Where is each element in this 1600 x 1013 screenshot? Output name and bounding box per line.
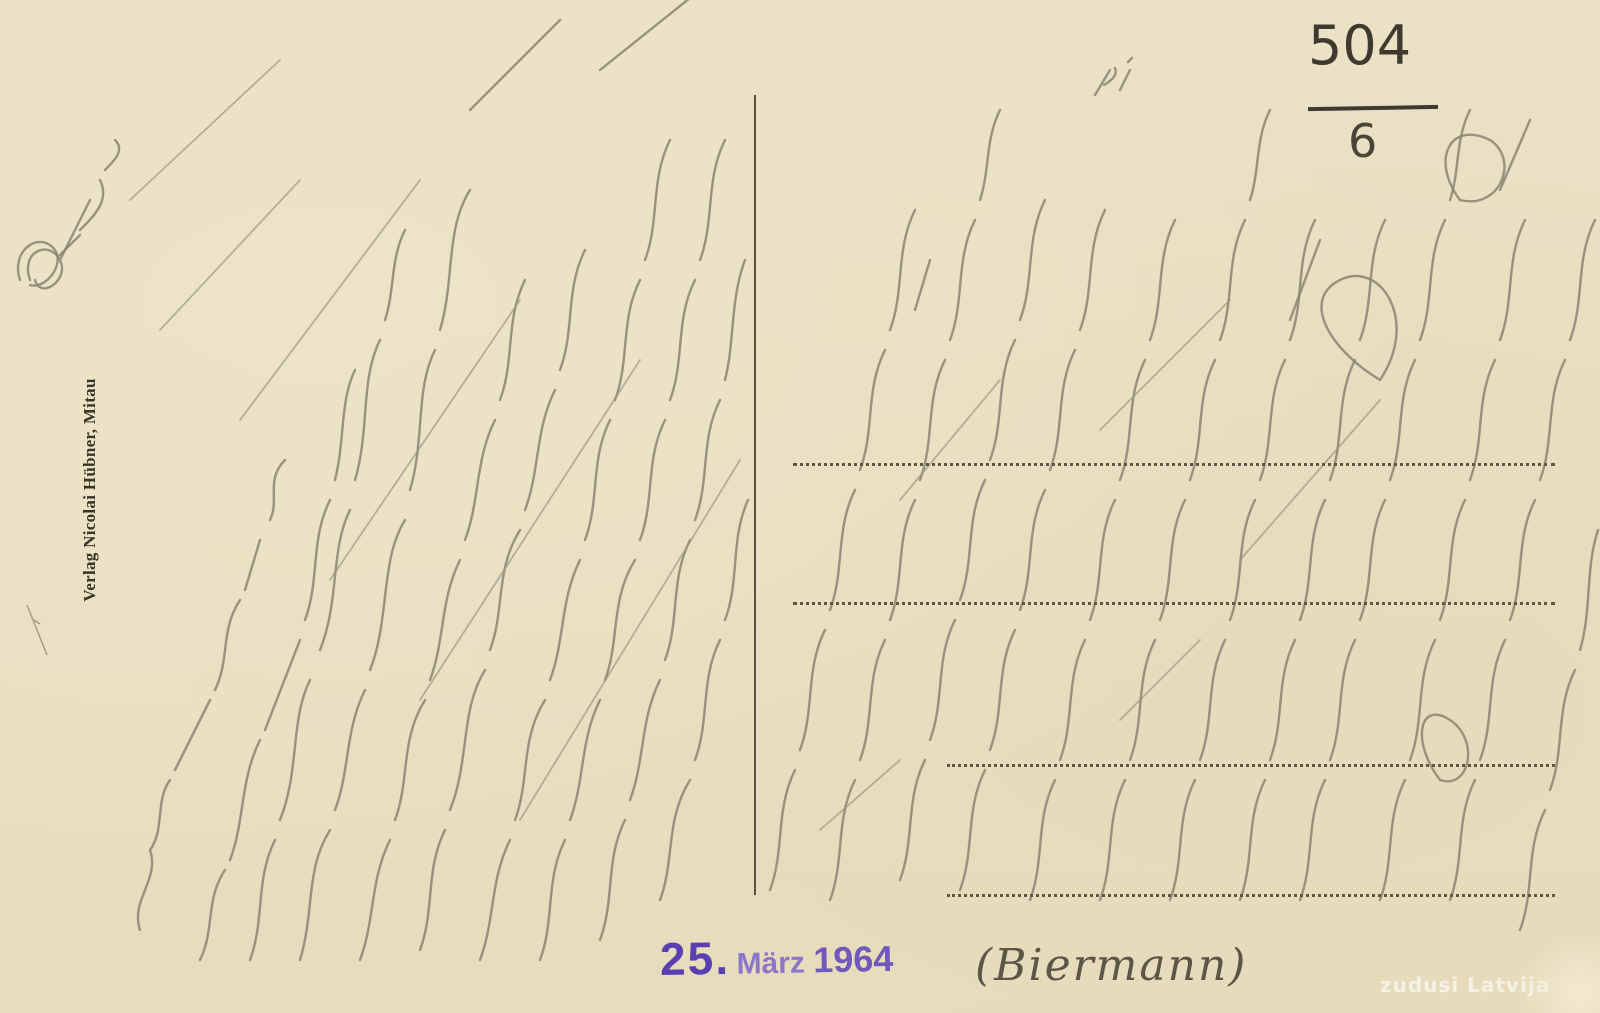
date-stamp: 25. März 1964 — [660, 928, 894, 986]
address-line — [947, 764, 1555, 767]
pencil-annotation-name: (Biermann) — [975, 940, 1247, 991]
catalog-number: 504 6 — [1308, 14, 1438, 174]
fraction-bar — [1308, 105, 1438, 111]
vertical-divider — [754, 95, 756, 895]
catalog-denominator: 6 — [1348, 114, 1377, 168]
watermark: zudusi Latvija — [1380, 973, 1550, 997]
catalog-numerator: 504 — [1308, 14, 1411, 77]
address-area-strokes — [770, 58, 1598, 930]
stamp-year: 1964 — [813, 938, 894, 980]
address-line — [793, 463, 1555, 466]
stamp-day: 25. — [660, 932, 731, 985]
postcard-back: Verlag Nicolai Hübner, Mitau 504 6 25. M… — [0, 0, 1600, 1013]
message-column-strokes — [18, 0, 748, 960]
pencil-tick-mark — [22, 600, 52, 660]
stamp-month: März — [736, 947, 805, 981]
address-line — [947, 894, 1555, 897]
publisher-imprint: Verlag Nicolai Hübner, Mitau — [80, 378, 100, 601]
address-line — [793, 602, 1555, 605]
